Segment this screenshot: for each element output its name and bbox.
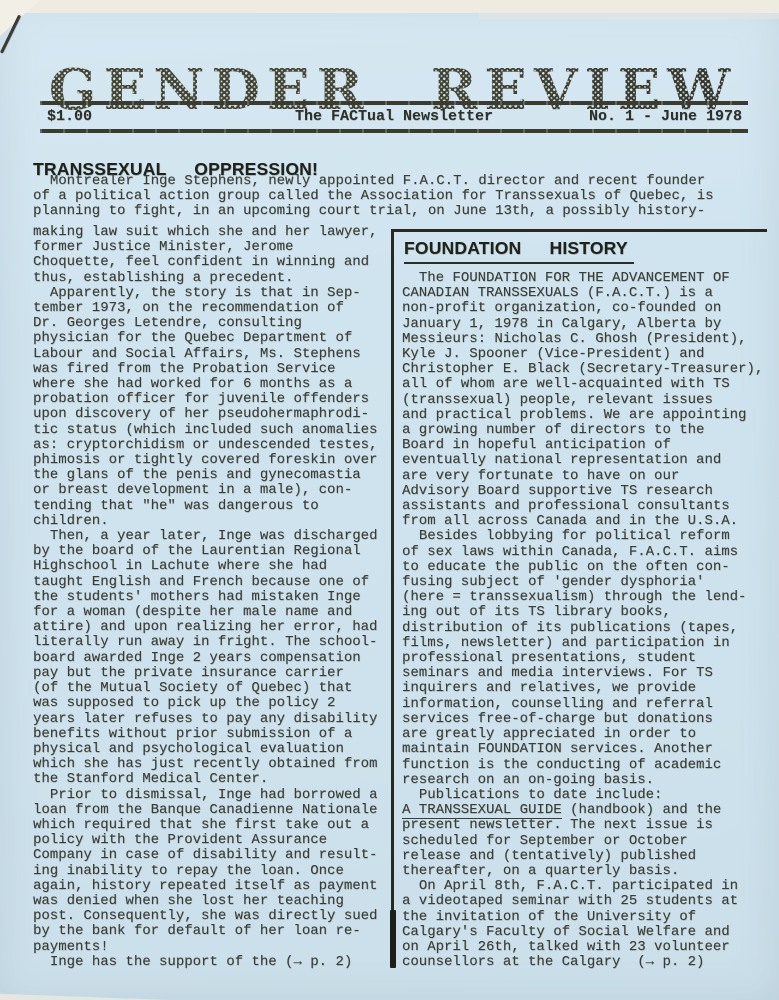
publications-paragraph: present newsletter. The next issue is sc… [402, 818, 767, 879]
paragraph: The FOUNDATION FOR THE ADVANCEMENT OF CA… [402, 271, 767, 529]
left-column: making law suit which she and her lawyer… [33, 225, 391, 970]
right-column: FOUNDATION HISTORY The FOUNDATION FOR TH… [391, 225, 767, 970]
paragraph: Prior to dismissal, Inge had borrowed a … [33, 788, 391, 955]
issue-number: No. 1 - June 1978 [589, 108, 748, 125]
paragraph: Then, a year later, Inge was discharged … [33, 529, 391, 787]
scan-top-edge-right [479, 13, 779, 19]
foundation-history-box: FOUNDATION HISTORY The FOUNDATION FOR TH… [391, 229, 767, 966]
article-intro-paragraph: Montrealer Inge Stephens, newly appointe… [33, 174, 761, 220]
scan-corner [0, 0, 40, 36]
masthead-info-bar: $1.00 The FACTual Newsletter No. 1 - Jun… [40, 104, 748, 128]
price-label: $1.00 [40, 108, 92, 125]
newsletter-page: GENDER REVIEW $1.00 The FACTual Newslett… [0, 0, 779, 1000]
two-column-layout: making law suit which she and her lawyer… [33, 225, 767, 970]
publication-title-rest: (handbook) and the [562, 802, 722, 818]
newsletter-subtitle: The FACTual Newsletter [295, 108, 493, 125]
continued-on-page-2: Inge has the support of the (→ p. 2) [33, 955, 391, 970]
paragraph: making law suit which she and her lawyer… [33, 225, 391, 286]
publications-lead-line: Publications to date include: [402, 788, 767, 803]
paragraph: Besides lobbying for political reform of… [402, 529, 767, 787]
continued-on-page-2: On April 8th, F.A.C.T. participated in a… [402, 879, 767, 970]
scan-bottom-edge [0, 991, 170, 1000]
paragraph: Apparently, the story is that in Sep- te… [33, 286, 391, 529]
scan-top-edge [0, 0, 779, 13]
article-heading-foundation-history: FOUNDATION HISTORY [404, 238, 634, 264]
masthead-rule-bottom [40, 129, 748, 133]
